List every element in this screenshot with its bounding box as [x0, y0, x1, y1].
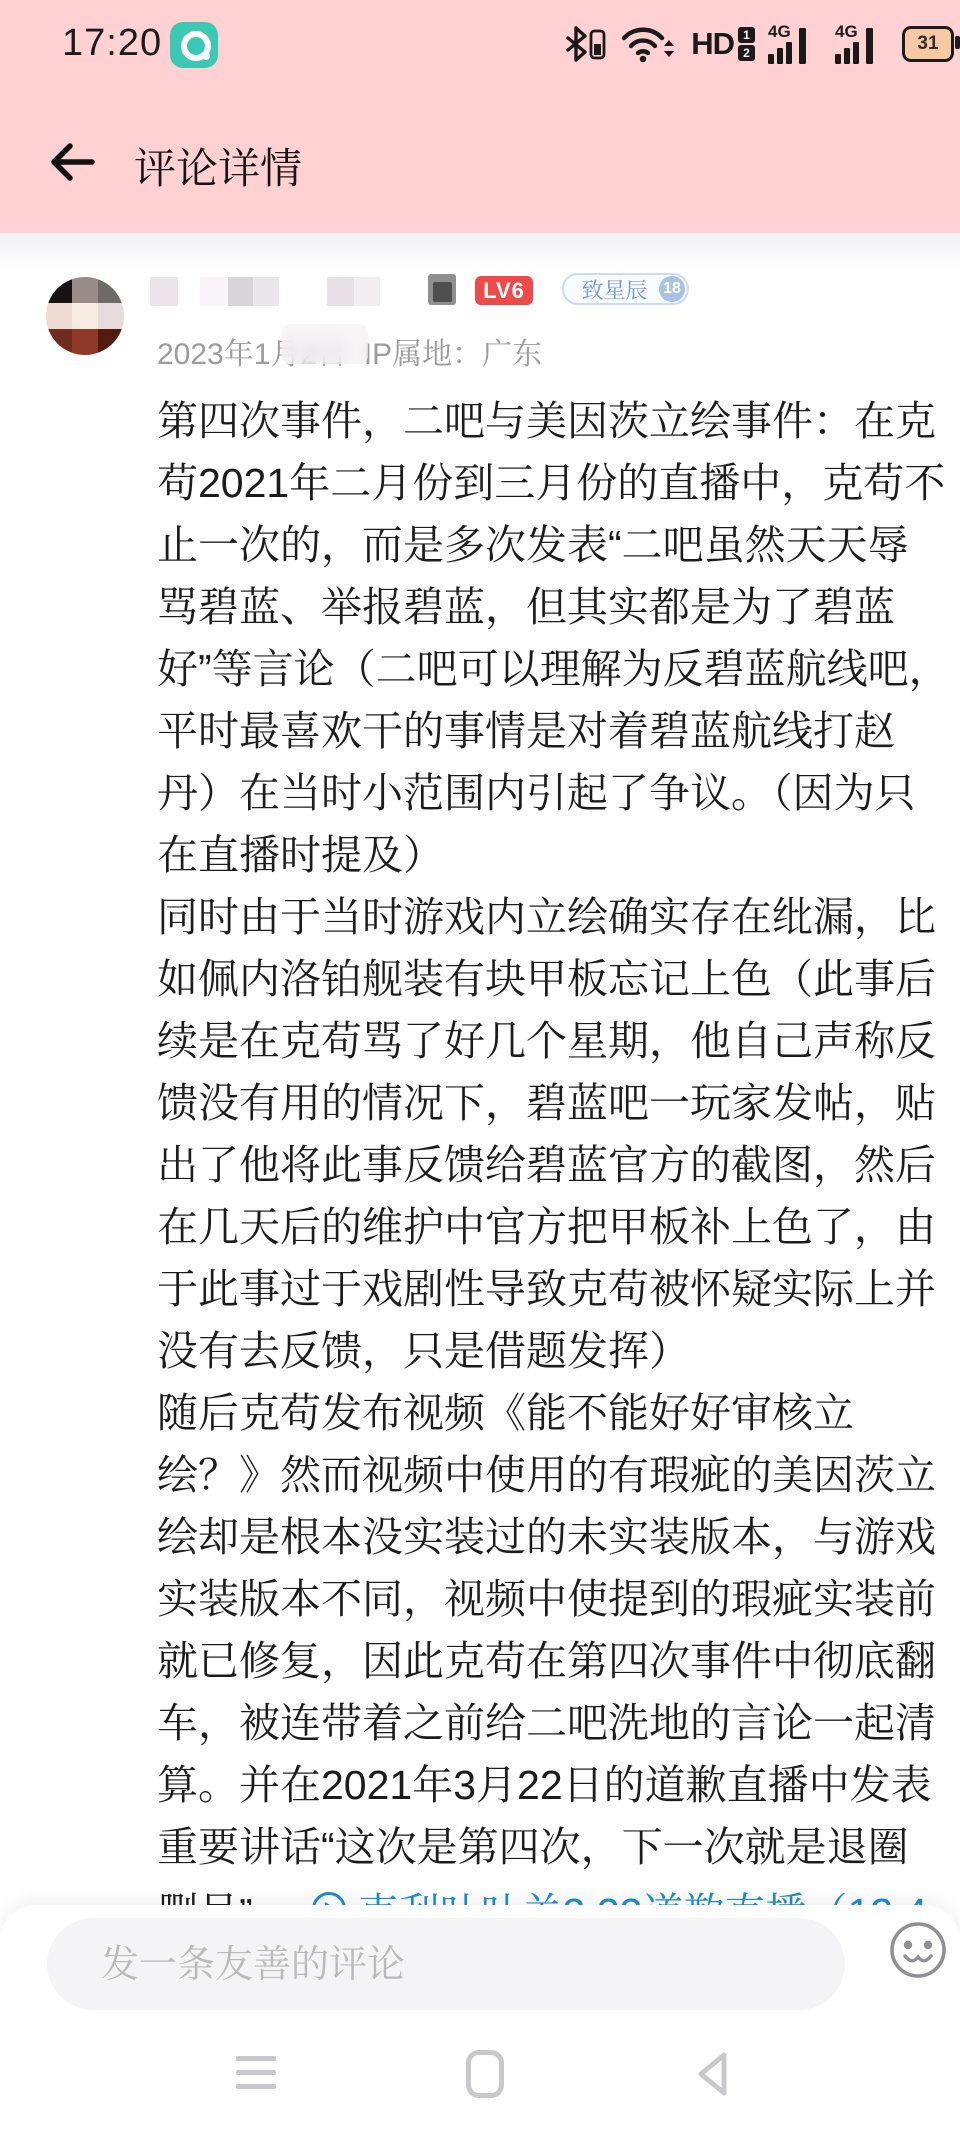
cellular-signal-sim1: 4G	[768, 24, 822, 64]
back-arrow-icon	[40, 130, 104, 194]
sim2-badge: 2	[738, 45, 755, 61]
status-time: 17:20	[62, 22, 162, 65]
comment-input[interactable]	[99, 1918, 803, 2012]
date-blur-smudge	[282, 324, 368, 364]
notification-app-icon	[170, 22, 218, 68]
screen: 17:20 HD 1 2 4G	[0, 0, 960, 2133]
network-type-label-1: 4G	[768, 22, 791, 42]
comment-body: 第四次事件，二吧与美因茨立绘事件：在克 苟2021年二月份到三月份的直播中，克苟…	[157, 390, 952, 1878]
comment-input-pill[interactable]	[47, 1918, 845, 2010]
app-icon-dot	[202, 52, 210, 60]
back-nav-button[interactable]	[690, 2050, 738, 2098]
blurred-user-glyph	[428, 274, 456, 305]
battery-level: 31	[905, 29, 951, 59]
hd-volte-indicator: HD 1 2	[691, 26, 755, 62]
avatar[interactable]	[46, 277, 124, 355]
battery-nub	[955, 36, 960, 49]
sim1-badge: 1	[738, 27, 755, 43]
network-type-label-2: 4G	[835, 22, 858, 42]
wifi-icon	[620, 25, 678, 63]
fan-badge-level: 18	[659, 276, 685, 302]
smiley-face-icon	[884, 1916, 952, 1984]
system-navbar	[0, 2040, 960, 2110]
battery-indicator: 31	[902, 26, 954, 62]
status-icons: HD 1 2 4G 4G 31	[563, 22, 954, 66]
fan-badge-name: 致星辰	[564, 274, 659, 305]
back-triangle-icon	[690, 2050, 738, 2098]
emoji-button[interactable]	[884, 1916, 952, 1984]
cellular-signal-sim2: 4G	[835, 24, 889, 64]
level-badge: LV6	[475, 276, 533, 305]
back-button[interactable]	[40, 130, 104, 194]
page-title: 评论详情	[134, 136, 302, 196]
home-button[interactable]	[466, 2050, 504, 2098]
bluetooth-icon	[563, 25, 607, 63]
recents-button[interactable]	[236, 2056, 276, 2089]
header-shadow	[0, 233, 960, 269]
dual-sim-stack: 1 2	[738, 27, 755, 61]
hd-label: HD	[691, 26, 734, 62]
fan-badge: 致星辰 18	[562, 273, 689, 305]
